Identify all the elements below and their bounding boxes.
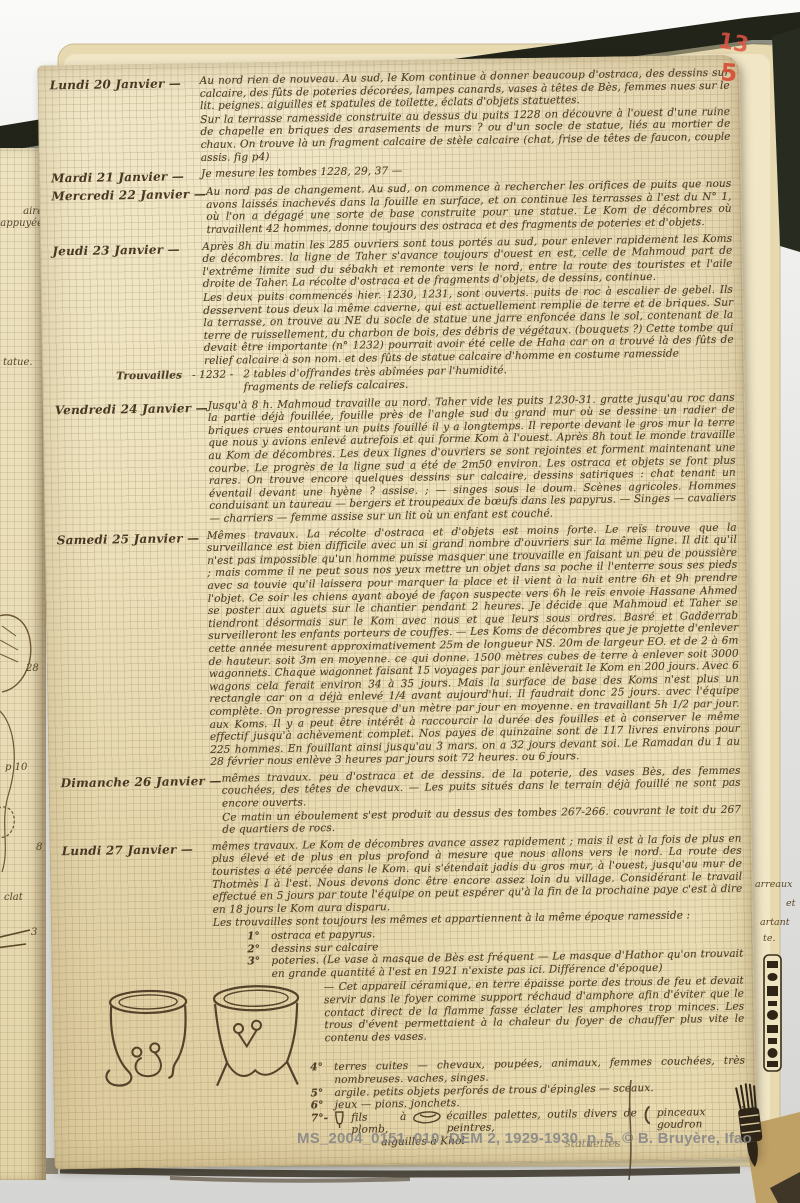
journal-entry: Lundi 20 Janvier — Au nord rien de nouve… (50, 67, 733, 168)
behind-page-fragment: te. (763, 933, 775, 944)
entry-body: mêmes travaux. peu d'ostraca et de dessi… (221, 764, 743, 837)
journal-entry: Dimanche 26 Janvier — mêmes travaux. peu… (61, 764, 744, 840)
plumb-bob-sketch (333, 1110, 346, 1129)
facing-text-fragment: tatue. (3, 357, 33, 368)
entry-date: Dimanche 26 Janvier — (61, 773, 223, 840)
facing-page-edge: aire us appuyée tatue. 28 p 10 8 clat 3 (0, 148, 46, 1180)
journal-page: 5 Lundi 20 Janvier — Au nord rien de nou… (37, 55, 756, 1170)
behind-page-fragment: arreaux (755, 879, 793, 890)
trouvailles-number: - 1232 - (192, 369, 234, 395)
facing-margin-number: p 10 (5, 762, 27, 773)
palette-sketch (411, 1108, 441, 1124)
page-number-behind: 13 (716, 31, 750, 58)
entry-paragraph: mêmes travaux. Le Kom de décombres avanc… (212, 832, 743, 916)
list-marker: 3° (247, 955, 271, 981)
paintbrush-sketch (729, 1083, 771, 1171)
journal-entry: Vendredi 24 Janvier — Jusqu'à 8 h. Mahmo… (55, 391, 739, 529)
facing-text-fragment: us appuyée (0, 218, 43, 229)
entry-body: Au nord rien de nouveau. Au sud, le Kom … (200, 67, 733, 166)
entry-date: Lundi 20 Janvier — (50, 75, 201, 168)
ceramic-note-text: — Cet appareil céramique, en terre épais… (324, 975, 745, 1062)
entry-body: Mêmes travaux. La récolte d'ostraca et d… (207, 521, 743, 770)
page-number-current: 5 (720, 60, 738, 85)
scanned-notebook-page: aire us appuyée tatue. 28 p 10 8 clat 3 … (0, 0, 800, 1203)
behind-page-fragment: artant (760, 917, 790, 928)
entry-body: Jusqu'à 8 h. Mahmoud travaille au nord. … (208, 391, 739, 526)
entry-paragraph: Après 8h du matin les 285 ouvriers sont … (202, 232, 733, 291)
ceramic-note-row: — Cet appareil céramique, en terre épais… (214, 975, 745, 1063)
facing-page-sketch-fragments (0, 148, 46, 1180)
entry-body: Après 8h du matin les 285 ouvriers sont … (202, 232, 736, 396)
list-marker: 7°- (311, 1112, 328, 1125)
list-marker: 4° (310, 1061, 334, 1087)
archive-caption: MS_2004_0151_010: DEM 2, 1929-1930, p. 5… (297, 1130, 752, 1147)
facing-text-fragment: clat (4, 892, 23, 903)
brush-comma-sketch (642, 1105, 652, 1125)
journal-entry: Lundi 27 Janvier — mêmes travaux. Le Kom… (62, 832, 749, 1153)
trouvailles-line: fragments de reliefs calcaires. (243, 377, 507, 394)
page-stack-shadow-2 (170, 1178, 410, 1181)
entry-paragraph: Jusqu'à 8 h. Mahmoud travaille au nord. … (208, 391, 737, 525)
list-marker: 5° (310, 1087, 334, 1100)
journal-entry: Jeudi 23 Janvier — Après 8h du matin les… (52, 232, 736, 399)
entry-body: mêmes travaux. Le Kom de décombres avanc… (212, 832, 749, 1151)
entry-date: Vendredi 24 Janvier — (55, 400, 210, 529)
facing-margin-number: 28 (26, 663, 39, 674)
entry-date: Mardi 21 Janvier — (51, 168, 201, 185)
list-marker: 2° (247, 943, 271, 956)
behind-page-fragment: et (786, 898, 795, 909)
entry-date: Mercredi 22 Janvier — (51, 186, 206, 240)
entry-paragraph: Sur la terrasse ramesside construite au … (200, 105, 731, 164)
hieroglyph-band-sketch (760, 953, 788, 1075)
journal-entry: Samedi 25 Janvier — Mêmes travaux. La ré… (57, 521, 743, 772)
pot-stands-sketch (96, 984, 326, 1092)
journal-entry: Mercredi 22 Janvier — Au nord pas de cha… (51, 178, 734, 240)
journal-content: Lundi 20 Janvier — Au nord rien de nouve… (37, 55, 756, 1154)
entry-body: Au nord pas de changement. Au sud, on co… (206, 178, 734, 238)
entry-paragraph: Les deux puits commencés hier. 1230, 123… (203, 284, 734, 368)
facing-margin-number: 8 (36, 842, 42, 853)
entry-paragraph: Au nord pas de changement. Au sud, on co… (206, 178, 732, 237)
list-marker: 6° (311, 1099, 335, 1112)
list-marker: 1° (247, 930, 271, 943)
entry-date: Samedi 25 Janvier — (57, 530, 211, 773)
trouvailles-label: Trouvailles (116, 370, 182, 396)
entry-paragraph: Mêmes travaux. La récolte d'ostraca et d… (207, 521, 741, 769)
page-stack-shadow (60, 1170, 740, 1174)
facing-margin-number: 3 (31, 927, 37, 938)
